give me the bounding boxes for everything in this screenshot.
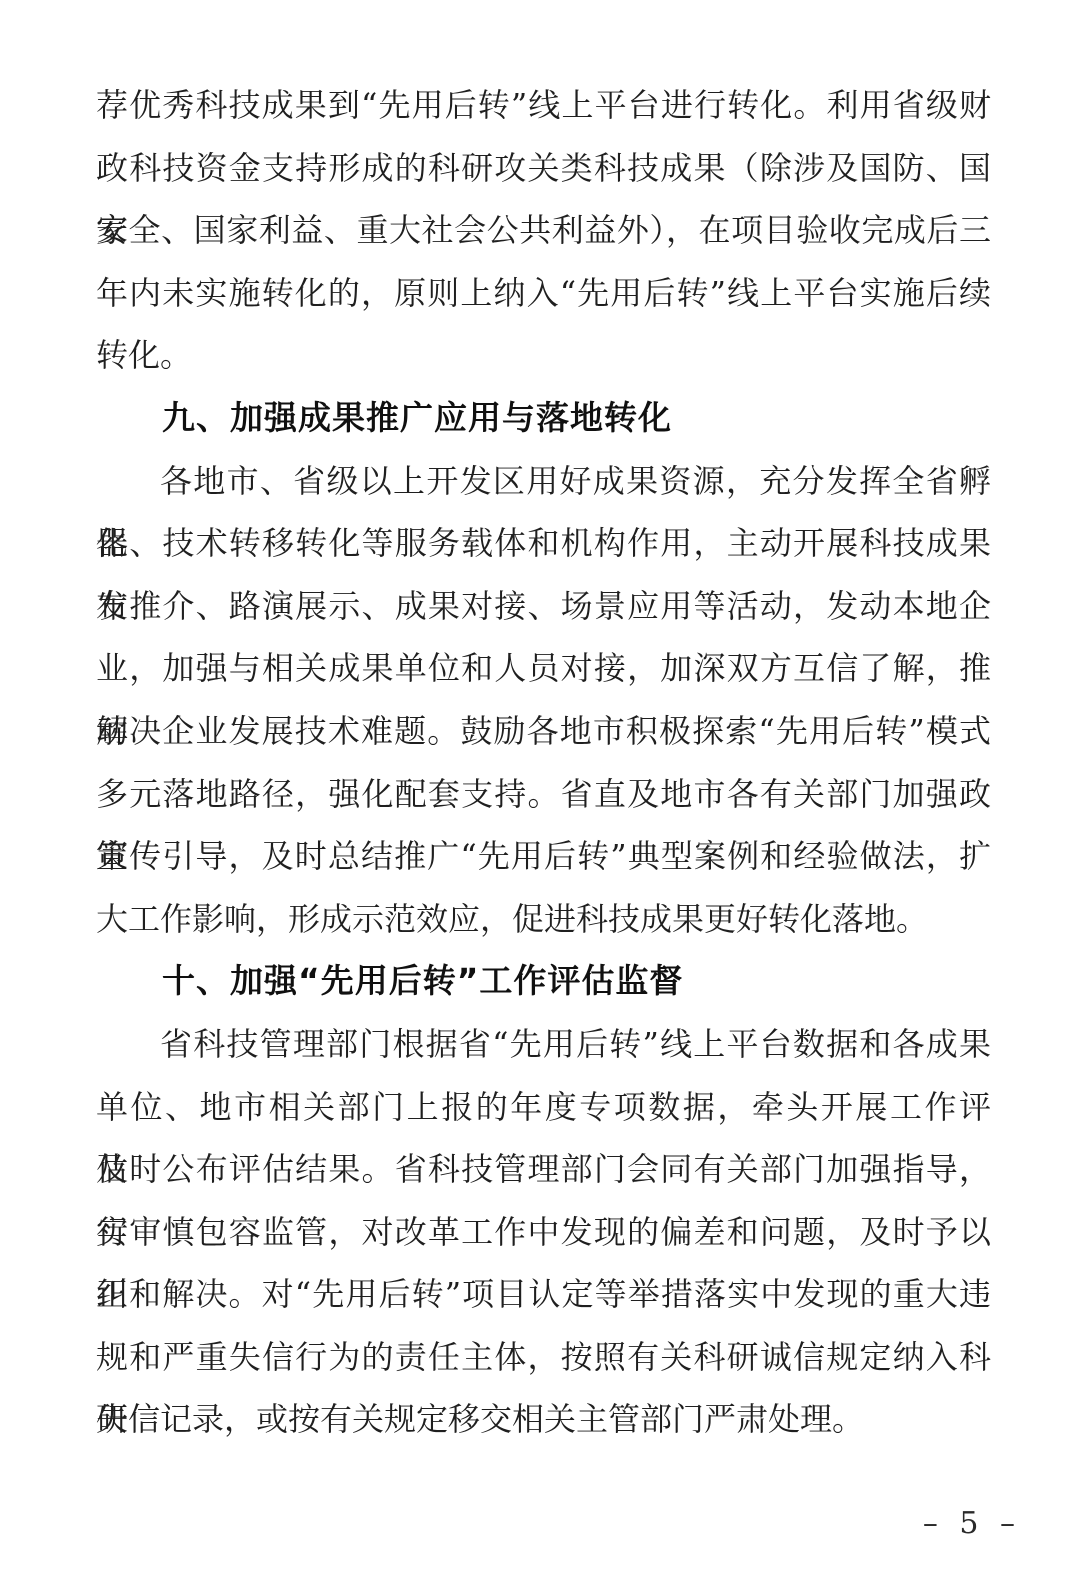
paragraph-line: 宣传引导，及时总结推广“先用后转”典型案例和经验做法，扩 [96,825,991,888]
paragraph-line: 年内未实施转化的，原则上纳入“先用后转”线上平台实施后续 [96,262,991,325]
section-heading-9: 九、加强成果推广应用与落地转化 [96,387,991,450]
paragraph-line: 各地市、省级以上开发区用好成果资源，充分发挥全省孵化 [96,450,991,513]
paragraph-line: 行审慎包容监管，对改革工作中发现的偏差和问题，及时予以纠 [96,1201,991,1264]
paragraph-line: 荐优秀科技成果到“先用后转”线上平台进行转化。利用省级财 [96,74,991,137]
page-number: – 5 – [923,1506,1016,1541]
paragraph-line: 器、技术转移转化等服务载体和机构作用，主动开展科技成果发 [96,512,991,575]
paragraph-line: 单位、地市相关部门上报的年度专项数据，牵头开展工作评估， [96,1076,991,1139]
paragraph-line: 业，加强与相关成果单位和人员对接，加深双方互信了解，推动 [96,637,991,700]
page-footer: – 5 – [923,1506,1016,1541]
paragraph-line: 正和解决。对“先用后转”项目认定等举措落实中发现的重大违 [96,1263,991,1326]
paragraph-line: 政科技资金支持形成的科研攻关类科技成果（除涉及国防、国家 [96,137,991,200]
paragraph-line: 失信记录，或按有关规定移交相关主管部门严肃处理。 [96,1388,991,1451]
paragraph-line: 布推介、路演展示、成果对接、场景应用等活动，发动本地企 [96,575,991,638]
paragraph-line: 省科技管理部门根据省“先用后转”线上平台数据和各成果 [96,1013,991,1076]
paragraph-line: 多元落地路径，强化配套支持。省直及地市各有关部门加强政策 [96,763,991,826]
paragraph-line: 大工作影响，形成示范效应，促进科技成果更好转化落地。 [96,888,991,951]
paragraph-line: 解决企业发展技术难题。鼓励各地市积极探索“先用后转”模式 [96,700,991,763]
paragraph-line: 规和严重失信行为的责任主体，按照有关科研诚信规定纳入科研 [96,1326,991,1389]
paragraph-line: 转化。 [96,324,991,387]
document-page: 荐优秀科技成果到“先用后转”线上平台进行转化。利用省级财 政科技资金支持形成的科… [0,0,1080,1591]
section-heading-10: 十、加强“先用后转”工作评估监督 [96,950,991,1013]
paragraph-line: 安全、国家利益、重大社会公共利益外），在项目验收完成后三 [96,199,991,262]
paragraph-line: 及时公布评估结果。省科技管理部门会同有关部门加强指导，实 [96,1138,991,1201]
document-content: 荐优秀科技成果到“先用后转”线上平台进行转化。利用省级财 政科技资金支持形成的科… [96,74,991,1451]
